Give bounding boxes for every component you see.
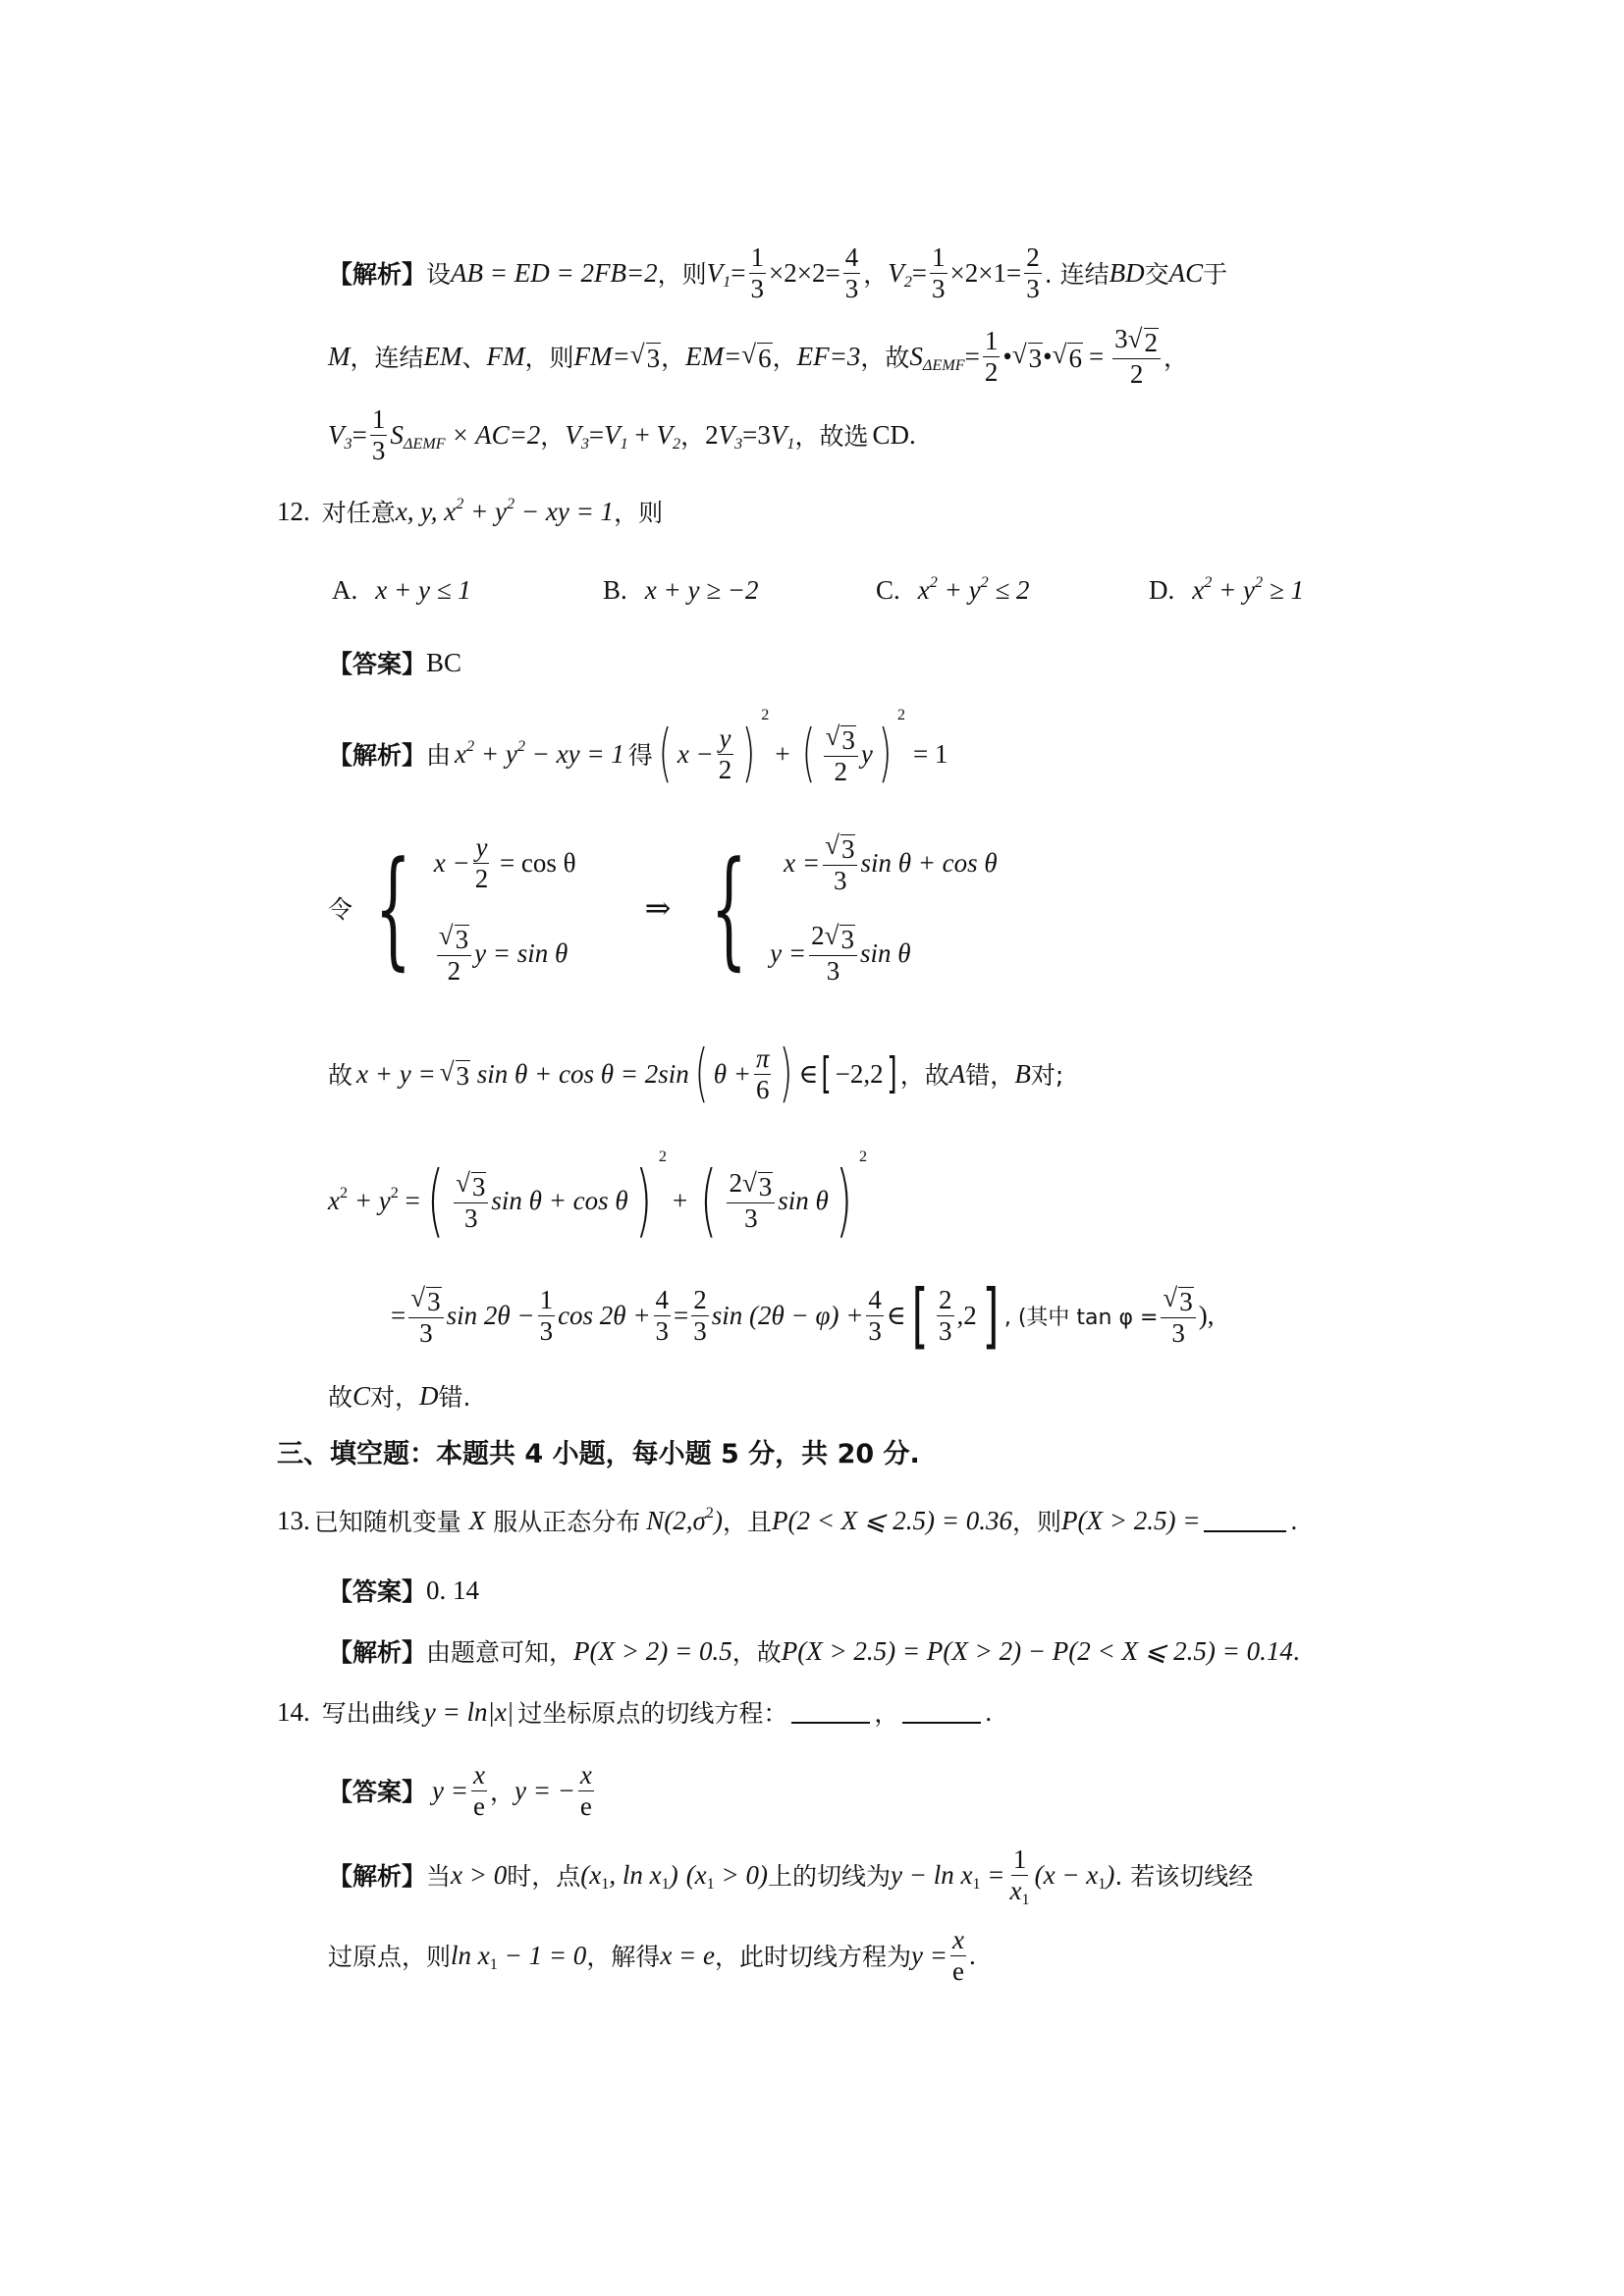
- math-expr: =: [981, 1860, 1005, 1890]
- math-expr: x2 + y2: [328, 1186, 399, 1216]
- q12-analysis-expansion: = √33 sin 2θ − 13 cos 2θ + 43 = 23 sin (…: [391, 1268, 1214, 1362]
- math-expr: .: [1293, 1636, 1300, 1667]
- math-expr: > 0): [715, 1860, 768, 1890]
- text: 令: [328, 890, 352, 926]
- fraction-numerator: x: [950, 1926, 966, 1955]
- text: 于: [1203, 255, 1227, 291]
- superscript: 2: [930, 572, 938, 590]
- fraction: 43: [843, 243, 861, 302]
- fraction: √33: [454, 1169, 488, 1232]
- math-expr: θ +: [714, 1059, 751, 1090]
- q12-analysis-xplusy: 故 x + y = √3 sin θ + cos θ = 2sin ( θ + …: [328, 1029, 1063, 1119]
- math-expr: V2: [656, 420, 680, 451]
- text: . 若该切线经: [1114, 1857, 1253, 1893]
- radical-sign: √: [742, 1169, 758, 1201]
- q11-analysis-line3: V3 = 13 SΔEMF × AC=2 ， V3 = V1 + V2 ， 2 …: [328, 400, 916, 469]
- math-expr: −2,2: [836, 1059, 884, 1090]
- sqrt: √3: [456, 1169, 486, 1201]
- math-expr: ): [714, 1506, 723, 1535]
- math-expr: D.: [1149, 575, 1174, 606]
- math-expr: y − ln x: [891, 1860, 972, 1890]
- fraction-numerator: 3√2: [1112, 325, 1161, 358]
- math-expr: C: [352, 1381, 370, 1412]
- math-expr: A.: [332, 575, 357, 606]
- math-expr: − xy = 1: [525, 739, 624, 769]
- math-expr: 3: [1114, 324, 1128, 353]
- math-expr: P(X > 2.5) =: [1061, 1506, 1200, 1536]
- q13-analysis: 【解析】 由题意可知， P(X > 2) = 0.5 ，故 P(X > 2.5)…: [328, 1629, 1300, 1673]
- parenthesis: (: [801, 722, 815, 785]
- radicand: 3: [455, 925, 470, 953]
- fraction-denominator: 2: [446, 956, 463, 985]
- answer-choice: CD.: [873, 420, 916, 451]
- text: 交: [1145, 255, 1169, 291]
- fraction-numerator: y: [718, 724, 733, 754]
- math-expr: ≥ 1: [1263, 575, 1304, 605]
- math-expr: y: [861, 739, 873, 770]
- fraction: √32: [824, 722, 858, 785]
- radicand: 3: [840, 834, 856, 863]
- math-expr: X: [469, 1506, 486, 1536]
- fraction: 2√33: [727, 1169, 775, 1232]
- radical-sign: √: [439, 922, 455, 953]
- text: ，则: [658, 255, 707, 291]
- sqrt: √3: [742, 1169, 773, 1201]
- system-1: x − y2 = cos θ √32 y = sin θ: [434, 818, 576, 998]
- superscript: 2: [466, 736, 474, 754]
- math-expr: ln x: [451, 1941, 490, 1970]
- math-expr: EF=3: [797, 342, 861, 372]
- fraction: 13: [538, 1286, 556, 1345]
- fraction-denominator: 3: [742, 1203, 760, 1232]
- radicand: 2: [1144, 328, 1160, 356]
- text: 由: [426, 736, 451, 772]
- parenthesis: (: [694, 1042, 708, 1105]
- math-expr: y − ln x1 =: [891, 1860, 1005, 1891]
- math-expr: ,2: [957, 1301, 977, 1331]
- math-expr: x2 + y2 ≥ 1: [1192, 575, 1304, 606]
- fraction-denominator: 3: [1169, 1318, 1187, 1347]
- math-expr: ln x1 − 1 = 0: [451, 1941, 586, 1971]
- parenthesis: (: [427, 1161, 444, 1240]
- math-expr: N(2,σ: [646, 1506, 706, 1535]
- math-expr: .: [969, 1941, 976, 1971]
- fraction-denominator: 3: [937, 1316, 954, 1345]
- fraction-denominator: 3: [843, 274, 861, 302]
- equation-row: x − y2 = cos θ: [434, 818, 576, 908]
- math-expr: y = ln|x|: [424, 1697, 514, 1728]
- math-expr: BD: [1110, 258, 1145, 289]
- math-expr: D: [419, 1381, 439, 1412]
- math-expr: 2: [811, 921, 825, 950]
- fraction: xe: [471, 1761, 487, 1820]
- fraction-denominator: e: [471, 1791, 487, 1820]
- radical-sign: √: [1163, 1284, 1178, 1315]
- subscript: 1: [621, 434, 628, 452]
- fraction-denominator: 3: [749, 274, 767, 302]
- q12-analysis-line1: 【解析】 由 x2 + y2 − xy = 1 得 ( x − y2 )2 + …: [328, 709, 947, 799]
- section-heading: 三、填空题：本题共 4 小题，每小题 5 分，共 20 分.: [277, 1429, 920, 1472]
- math-expr: V1: [771, 420, 795, 451]
- math-expr: x: [1010, 1876, 1022, 1905]
- fraction-denominator: 3: [930, 274, 947, 302]
- radicand: 3: [839, 925, 855, 953]
- text: ，则: [1012, 1503, 1061, 1538]
- superscript: 2: [391, 1183, 399, 1201]
- math-expr: = 1: [913, 739, 947, 770]
- math-expr: M: [328, 342, 351, 372]
- math-expr: P(X > 2.5) = P(X > 2) − P(2 < X ⩽ 2.5) =…: [782, 1636, 1293, 1667]
- subscript: 3: [581, 434, 589, 452]
- fraction: √33: [823, 831, 857, 894]
- text: 上的切线为: [768, 1857, 891, 1893]
- fraction-denominator: 3: [417, 1318, 435, 1347]
- fraction-denominator: 3: [370, 436, 388, 464]
- question-number: 14.: [277, 1697, 310, 1728]
- parenthesis: (: [658, 722, 672, 785]
- math-expr: y =: [432, 1776, 468, 1806]
- math-expr: (x − x: [1035, 1860, 1099, 1890]
- subscript: 2: [673, 434, 680, 452]
- math-expr: =: [399, 1186, 420, 1216]
- math-expr: .: [1290, 1506, 1297, 1536]
- fraction-numerator: 2: [691, 1286, 709, 1315]
- sqrt: √3: [825, 831, 855, 863]
- fraction-numerator: x: [578, 1761, 594, 1790]
- analysis-label: 【解析】: [328, 1633, 426, 1669]
- text: ，解得: [586, 1938, 660, 1973]
- math-expr: V: [656, 420, 673, 450]
- math-expr: V: [604, 420, 621, 450]
- fraction: y2: [717, 724, 734, 783]
- q14-answer: 【答案】 y = xe ， y = − xe: [328, 1753, 597, 1828]
- q13-answer: 【答案】 0. 14: [328, 1569, 479, 1612]
- math-expr: V: [565, 420, 581, 450]
- fraction-numerator: 1: [1011, 1845, 1029, 1875]
- math-expr: V3: [719, 420, 743, 451]
- math-expr: sin (2θ − φ) +: [712, 1301, 864, 1331]
- subscript: 2: [904, 272, 912, 290]
- subscript: 1: [1022, 1890, 1030, 1907]
- superscript: 2: [1255, 572, 1263, 590]
- math-expr: AC: [1169, 258, 1204, 289]
- superscript: 2: [340, 1183, 348, 1201]
- fraction-numerator: 4: [843, 243, 861, 273]
- radical-sign: √: [1012, 340, 1028, 374]
- fraction-numerator: √3: [1161, 1284, 1195, 1317]
- text: ，且: [723, 1503, 772, 1538]
- fraction-denominator: 3: [654, 1316, 672, 1345]
- subscript: 1: [490, 1954, 498, 1972]
- math-expr: 2: [705, 420, 719, 451]
- fraction-denominator: 3: [462, 1203, 480, 1232]
- answer-label: 【答案】: [328, 645, 426, 680]
- radicand: 3: [646, 343, 662, 374]
- q12-analysis-system: 令 { x − y2 = cos θ √32 y = sin θ ⇒ { x =…: [328, 815, 998, 1001]
- radical-sign: √: [630, 340, 646, 374]
- text: 过原点，则: [328, 1938, 451, 1973]
- sqrt: √3: [825, 922, 855, 953]
- math-expr: , ln x: [609, 1860, 661, 1890]
- fraction-denominator: 2: [983, 357, 1001, 386]
- text: 、: [462, 339, 487, 374]
- radicand: 3: [758, 1172, 774, 1201]
- fraction: xe: [578, 1761, 594, 1820]
- text: ，: [773, 339, 797, 374]
- fraction-numerator: 1: [983, 327, 1001, 356]
- math-expr: A: [949, 1059, 966, 1090]
- math-expr: sin θ + cos θ: [491, 1186, 627, 1216]
- sqrt: √3: [1163, 1284, 1193, 1315]
- text: ，: [680, 417, 705, 453]
- subscript: ΔEMF: [404, 434, 446, 452]
- v1-symbol: V1: [707, 258, 731, 289]
- math-expr: + y: [1212, 575, 1255, 605]
- text: 错.: [439, 1378, 471, 1414]
- q14-analysis-line2: 过原点，则 ln x1 − 1 = 0 ，解得 x = e ，此时切线方程为 y…: [328, 1918, 976, 1993]
- math-expr: +: [673, 1186, 687, 1216]
- fraction: π6: [754, 1044, 772, 1103]
- q12-option-a: A. x + y ≤ 1: [332, 567, 471, 613]
- math-expr: ×2×1=: [950, 258, 1022, 289]
- q12-option-d: D. x2 + y2 ≥ 1: [1149, 567, 1304, 613]
- math-expr: (x1, ln x1): [580, 1860, 677, 1891]
- math-expr: = cos θ: [493, 848, 575, 879]
- math-expr: sin θ: [778, 1186, 829, 1216]
- math-expr: ×2×2=: [769, 258, 840, 289]
- math-expr: cos 2θ +: [558, 1301, 650, 1331]
- math-expr: ): [1106, 1860, 1114, 1890]
- math-expr: sin θ + cos θ = 2sin: [470, 1059, 689, 1090]
- text: 故: [328, 1056, 352, 1092]
- fraction: 1x1: [1008, 1845, 1032, 1904]
- q12-option-b: B. x + y ≥ −2: [603, 567, 759, 613]
- math-expr: +: [628, 420, 657, 451]
- math-expr: =: [674, 1301, 688, 1331]
- math-expr: − xy = 1: [514, 497, 614, 526]
- sqrt: √3: [630, 340, 661, 374]
- math-expr: =: [965, 342, 980, 372]
- answer-blank: [791, 1700, 870, 1724]
- fraction-numerator: 2√3: [727, 1169, 775, 1202]
- text: 对，: [370, 1378, 419, 1414]
- radical-sign: √: [825, 922, 840, 953]
- math-expr: x > 0: [451, 1860, 507, 1891]
- math-expr: FM=: [574, 342, 630, 372]
- fraction-numerator: 1: [370, 405, 388, 435]
- fraction: 13: [930, 243, 947, 302]
- math-expr: x, y, x: [396, 497, 456, 526]
- math-expr: sin 2θ −: [447, 1301, 535, 1331]
- radical-sign: √: [825, 831, 840, 863]
- subscript: 1: [786, 434, 794, 452]
- radicand: 3: [426, 1287, 442, 1315]
- q14-analysis-line1: 【解析】 当 x > 0 时，点 (x1, ln x1) (x1 > 0) 上的…: [328, 1838, 1253, 1912]
- text: ，故: [900, 1056, 949, 1092]
- text: ，故: [732, 1633, 782, 1669]
- fraction: 3√22: [1112, 325, 1161, 388]
- fraction-numerator: 4: [654, 1286, 672, 1315]
- math-expr: x + y ≥ −2: [645, 575, 759, 606]
- math-expr: x −: [677, 739, 714, 770]
- math-expr: P(2 < X ⩽ 2.5) = 0.36: [772, 1506, 1012, 1536]
- fraction-denominator: 2: [832, 757, 849, 785]
- math-expr: y = −: [514, 1776, 575, 1806]
- equation-row: x = √33 sin θ + cos θ: [770, 818, 998, 908]
- text: ，故: [860, 339, 909, 374]
- math-expr: AB = ED = 2FB=2: [451, 258, 658, 289]
- subscript: 3: [734, 434, 742, 452]
- math-expr: (x: [686, 1860, 707, 1890]
- system-2: x = √33 sin θ + cos θ y = 2√33 sin θ: [770, 818, 998, 998]
- math-expr: N(2,σ2): [646, 1506, 723, 1536]
- math-expr: + y: [938, 575, 981, 605]
- radical-sign: √: [456, 1169, 471, 1201]
- sqrt: √2: [1128, 325, 1159, 356]
- subscript: 1: [972, 1874, 980, 1892]
- fraction: √33: [1161, 1284, 1195, 1347]
- math-expr: y = sin θ: [474, 938, 568, 969]
- answer-value: 0. 14: [426, 1575, 479, 1606]
- fraction-numerator: π: [754, 1044, 772, 1074]
- text: 过坐标原点的切线方程：: [517, 1694, 787, 1730]
- math-expr: =: [1089, 342, 1104, 372]
- text: ，连结: [351, 339, 424, 374]
- math-expr: =: [589, 420, 604, 451]
- math-expr: V: [707, 258, 724, 288]
- radical-sign: √: [826, 722, 841, 754]
- text: 由题意可知，: [426, 1633, 573, 1669]
- radical-sign: √: [410, 1284, 426, 1315]
- parenthesis: ): [635, 1161, 652, 1240]
- math-expr: V: [888, 258, 904, 288]
- subscript: 1: [707, 1874, 715, 1892]
- math-expr: B.: [603, 575, 627, 606]
- fraction-denominator: 3: [825, 956, 842, 985]
- math-expr: y =: [911, 1941, 947, 1971]
- math-expr: +: [775, 739, 789, 770]
- math-expr: sin θ: [860, 938, 911, 969]
- fraction-denominator: x1: [1008, 1876, 1032, 1904]
- text: 故: [328, 1378, 352, 1414]
- answer-label: 【答案】: [328, 1573, 426, 1608]
- math-expr: ): [670, 1860, 678, 1890]
- math-expr: x, y, x2 + y2 − xy = 1: [396, 497, 614, 527]
- left-brace: {: [711, 844, 747, 972]
- text: 已知随机变量: [314, 1503, 461, 1538]
- analysis-label: 【解析】: [328, 255, 426, 291]
- text: 当: [426, 1857, 451, 1893]
- fraction: 13: [749, 243, 767, 302]
- math-expr: × AC=2: [452, 420, 541, 451]
- text: ，此时切线方程为: [715, 1938, 911, 1973]
- question-number: 13.: [277, 1506, 310, 1536]
- fraction-denominator: 3: [1024, 274, 1042, 302]
- math-expr: x −: [434, 848, 470, 879]
- fraction-denominator: 2: [473, 864, 491, 892]
- fraction-numerator: 2√3: [809, 922, 857, 955]
- math-expr: x: [1192, 575, 1204, 605]
- math-expr: x: [455, 739, 466, 769]
- q11-analysis-line2: M ，连结 EM 、 FM ，则 FM= √3 ， EM= √6 ， EF=3 …: [328, 322, 1188, 391]
- fraction: y2: [473, 833, 491, 892]
- parenthesis: ): [836, 1161, 852, 1240]
- fraction: √32: [437, 922, 471, 985]
- q12-stem: 12. 对任意 x, y, x2 + y2 − xy = 1 ，则: [277, 489, 663, 534]
- text: ，故选: [795, 417, 869, 453]
- math-expr: C.: [876, 575, 900, 606]
- fraction-numerator: 2: [1024, 243, 1042, 273]
- fraction-numerator: √3: [408, 1284, 443, 1317]
- math-expr: x: [328, 1186, 340, 1215]
- fraction-numerator: 4: [866, 1286, 884, 1315]
- text: 写出曲线: [322, 1694, 420, 1730]
- sqrt: √6: [1053, 340, 1083, 374]
- radicand: 3: [471, 1172, 487, 1201]
- text: ，则: [525, 339, 574, 374]
- math-expr: SΔEMF: [390, 420, 445, 451]
- fraction-denominator: e: [950, 1956, 966, 1985]
- math-expr: P(X > 2) = 0.5: [573, 1636, 732, 1667]
- math-expr: x + y ≤ 1: [375, 575, 471, 606]
- q12-analysis-sumsq: x2 + y2 = ( √33 sin θ + cos θ )2 + ( 2√3…: [328, 1147, 867, 1255]
- fraction: xe: [950, 1926, 966, 1985]
- bracket: [: [822, 1052, 832, 1095]
- q12-option-c: C. x2 + y2 ≤ 2: [876, 567, 1029, 613]
- fraction: 2√33: [809, 922, 857, 985]
- bracket: [: [912, 1280, 929, 1351]
- fraction-numerator: y: [473, 833, 489, 863]
- parenthesis: ): [780, 1042, 793, 1105]
- superscript: 2: [706, 1503, 714, 1521]
- fraction: 23: [691, 1286, 709, 1345]
- sqrt: √3: [826, 722, 856, 754]
- subscript: ΔEMF: [923, 355, 965, 373]
- v2-symbol: V2: [888, 258, 912, 289]
- radical-sign: √: [1053, 340, 1068, 374]
- bracket: ]: [982, 1280, 999, 1351]
- radicand: 3: [1178, 1287, 1194, 1315]
- sqrt: √3: [1012, 340, 1043, 374]
- math-expr: x = e: [660, 1941, 715, 1971]
- superscript: 2: [507, 494, 514, 511]
- math-expr: B: [1014, 1059, 1031, 1090]
- question-number: 12.: [277, 497, 310, 527]
- fraction-denominator: 3: [691, 1316, 709, 1345]
- superscript: 2: [981, 572, 989, 590]
- text: . 连结: [1045, 255, 1110, 291]
- math-expr: (x − x1): [1035, 1860, 1115, 1891]
- fraction: 43: [866, 1286, 884, 1345]
- math-expr: + y: [348, 1186, 391, 1215]
- fraction-numerator: 2: [937, 1286, 954, 1315]
- text: 对;: [1031, 1056, 1063, 1092]
- fraction-numerator: 1: [538, 1286, 556, 1315]
- text: ，: [1164, 339, 1188, 374]
- fraction-numerator: 1: [749, 243, 767, 273]
- text: ，: [490, 1773, 514, 1808]
- text: 错，: [965, 1056, 1014, 1092]
- fraction: √33: [408, 1284, 443, 1347]
- math-expr: •: [1043, 342, 1052, 372]
- fraction: 12: [983, 327, 1001, 386]
- math-expr: ∈: [887, 1301, 906, 1331]
- fraction-denominator: 3: [832, 866, 849, 894]
- sqrt: √3: [440, 1057, 470, 1092]
- radicand: 3: [840, 725, 856, 754]
- text: 设: [426, 255, 451, 291]
- text: 时，点: [507, 1857, 580, 1893]
